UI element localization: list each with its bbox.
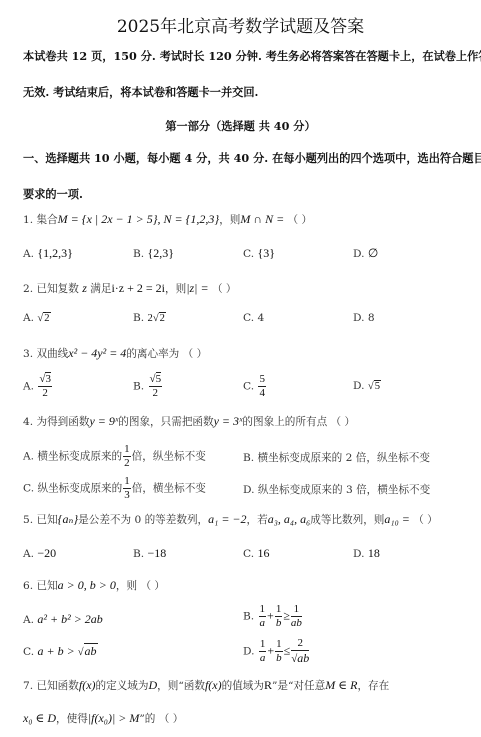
question-5-stem: 5. 已知{aₙ}是公差不为 0 的等差数列，a₁ = −2，若a₃, a₄, … <box>23 512 438 527</box>
section-instructions-line-1: 一、选择题共 10 小题，每小题 4 分，共 40 分. 在每小题列出的四个选项… <box>23 150 481 166</box>
question-1-option-a: A. {1,2,3} <box>23 246 73 261</box>
answer-blank: （ ） <box>183 348 208 360</box>
question-3-option-a: A. √32 <box>23 374 53 399</box>
answer-blank: （ ） <box>212 283 237 295</box>
instructions-line-2: 无效. 考试结束后，将本试卷和答题卡一并交回. <box>23 84 258 100</box>
question-2-option-c: C. 4 <box>243 312 264 324</box>
question-1-option-c: C. {3} <box>243 246 275 261</box>
question-4-option-c: C. 纵坐标变成原来的13倍，横坐标不变 <box>23 476 206 501</box>
question-2-stem: 2. 已知复数 z 满足i·z + 2 = 2i，则|z| = （ ） <box>23 281 237 296</box>
question-4-option-b: B. 横坐标变成原来的 2 倍，纵坐标不变 <box>243 450 430 465</box>
section-instructions-line-2: 要求的一项. <box>23 186 83 202</box>
question-3-option-c: C. 54 <box>243 374 267 399</box>
question-4-option-a: A. 横坐标变成原来的12倍，纵坐标不变 <box>23 444 206 469</box>
question-6-option-c: C. a + b > √ab <box>23 644 98 659</box>
instructions-line-1: 本试卷共 12 页，150 分. 考试时长 120 分钟. 考生务必将答案答在答… <box>23 48 481 64</box>
question-1-stem: 1. 集合M = {x | 2x − 1 > 5}, N = {1,2,3}，则… <box>23 212 312 227</box>
question-2-option-b: B. 2√2 <box>133 312 166 324</box>
question-2-option-a: A. √2 <box>23 312 51 324</box>
question-7-stem-line-1: 7. 已知函数f(x)的定义域为D，则“函数f(x)的值域为R”是“对任意M ∈… <box>23 678 389 693</box>
question-3-stem: 3. 双曲线x² − 4y² = 4的离心率为 （ ） <box>23 346 207 361</box>
question-2-option-d: D. 8 <box>353 312 375 324</box>
question-3-option-b: B. √52 <box>133 374 163 399</box>
question-1-option-d: D. ∅ <box>353 246 378 261</box>
question-5-option-d: D. 18 <box>353 546 380 561</box>
question-6-option-a: A. a² + b² > 2ab <box>23 612 103 627</box>
question-7-stem-line-2: x₀ ∈ D，使得|f(x₀)| > M”的 （ ） <box>23 711 183 726</box>
question-4-stem: 4. 为得到函数y = 9ˣ的图象，只需把函数y = 3ˣ的图象上的所有点 （ … <box>23 414 355 429</box>
question-6-stem: 6. 已知a > 0, b > 0，则 （ ） <box>23 578 165 593</box>
question-3-option-d: D. √5 <box>353 380 381 392</box>
part-title: 第一部分（选择题 共 40 分） <box>0 118 481 134</box>
question-1-option-b: B. {2,3} <box>133 246 174 261</box>
answer-blank: （ ） <box>288 214 313 226</box>
answer-blank: （ ） <box>159 713 184 725</box>
answer-blank: （ ） <box>140 580 165 592</box>
question-6-option-d: D. 1a+1b≤2√ab <box>243 638 310 665</box>
answer-blank: （ ） <box>331 416 356 428</box>
question-5-option-a: A. −20 <box>23 546 56 561</box>
question-6-option-b: B. 1a+1b≥1ab <box>243 604 303 629</box>
question-number: 1. <box>23 214 33 226</box>
question-5-option-c: C. 16 <box>243 546 269 561</box>
answer-blank: （ ） <box>413 514 438 526</box>
page-title: 2025年北京高考数学试题及答案 <box>0 12 481 37</box>
question-4-option-d: D. 纵坐标变成原来的 3 倍，横坐标不变 <box>243 482 430 497</box>
question-5-option-b: B. −18 <box>133 546 166 561</box>
